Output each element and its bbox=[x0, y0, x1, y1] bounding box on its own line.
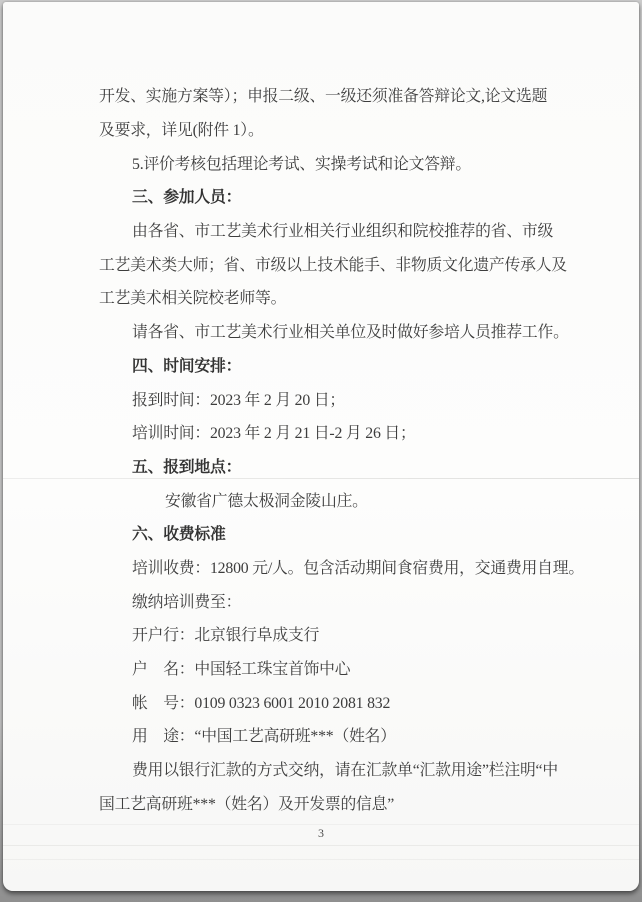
text-line: 国工艺高研班***（姓名）及开发票的信息” bbox=[99, 785, 546, 819]
text-line: 开发、实施方案等）；申报二级、一级还须准备答辩论文,论文选题 bbox=[99, 78, 546, 112]
text-line: 安徽省广德太极洞金陵山庄。 bbox=[99, 482, 546, 516]
text-line: 请各省、市工艺美术行业相关单位及时做好参培人员推荐工作。 bbox=[99, 314, 546, 348]
scan-artifact-line bbox=[3, 845, 639, 846]
text-line: 帐 号：0109 0323 6001 2010 2081 832 bbox=[99, 684, 546, 718]
text-line: 费用以银行汇款的方式交纳，请在汇款单“汇款用途”栏注明“中 bbox=[99, 752, 546, 786]
document-sheet: 开发、实施方案等）；申报二级、一级还须准备答辩论文,论文选题及要求，详见(附件 … bbox=[3, 2, 639, 891]
text-line: 由各省、市工艺美术行业相关行业组织和院校推荐的省、市级 bbox=[99, 213, 546, 247]
text-line: 户 名：中国轻工珠宝首饰中心 bbox=[99, 651, 546, 685]
text-line: 培训时间：2023 年 2 月 21 日-2 月 26 日； bbox=[99, 415, 546, 449]
text-line: 缴纳培训费至： bbox=[99, 583, 546, 617]
text-line: 及要求，详见(附件 1）。 bbox=[99, 112, 546, 146]
text-line: 用 途：“中国工艺高研班***（姓名） bbox=[99, 718, 546, 752]
section-heading: 四、时间安排： bbox=[99, 348, 546, 382]
text-line: 5.评价考核包括理论考试、实操考试和论文答辩。 bbox=[99, 145, 546, 179]
page-number: 3 bbox=[3, 826, 639, 841]
section-heading: 三、参加人员： bbox=[99, 179, 546, 213]
scan-artifact-line bbox=[3, 859, 639, 860]
scan-artifact-line bbox=[3, 824, 639, 825]
text-line: 工艺美术类大师；省、市级以上技术能手、非物质文化遗产传承人及 bbox=[99, 246, 546, 280]
scanned-page-background: { "document": { "page_number": "3", "lin… bbox=[0, 0, 642, 902]
text-line: 培训收费：12800 元/人。包含活动期间食宿费用，交通费用自理。 bbox=[99, 550, 546, 584]
text-line: 工艺美术相关院校老师等。 bbox=[99, 280, 546, 314]
section-heading: 五、报到地点： bbox=[99, 449, 546, 483]
section-heading: 六、收费标准 bbox=[99, 516, 546, 550]
text-line: 报到时间：2023 年 2 月 20 日； bbox=[99, 381, 546, 415]
document-lines: 开发、实施方案等）；申报二级、一级还须准备答辩论文,论文选题及要求，详见(附件 … bbox=[99, 78, 546, 819]
text-line: 开户行：北京银行阜成支行 bbox=[99, 617, 546, 651]
